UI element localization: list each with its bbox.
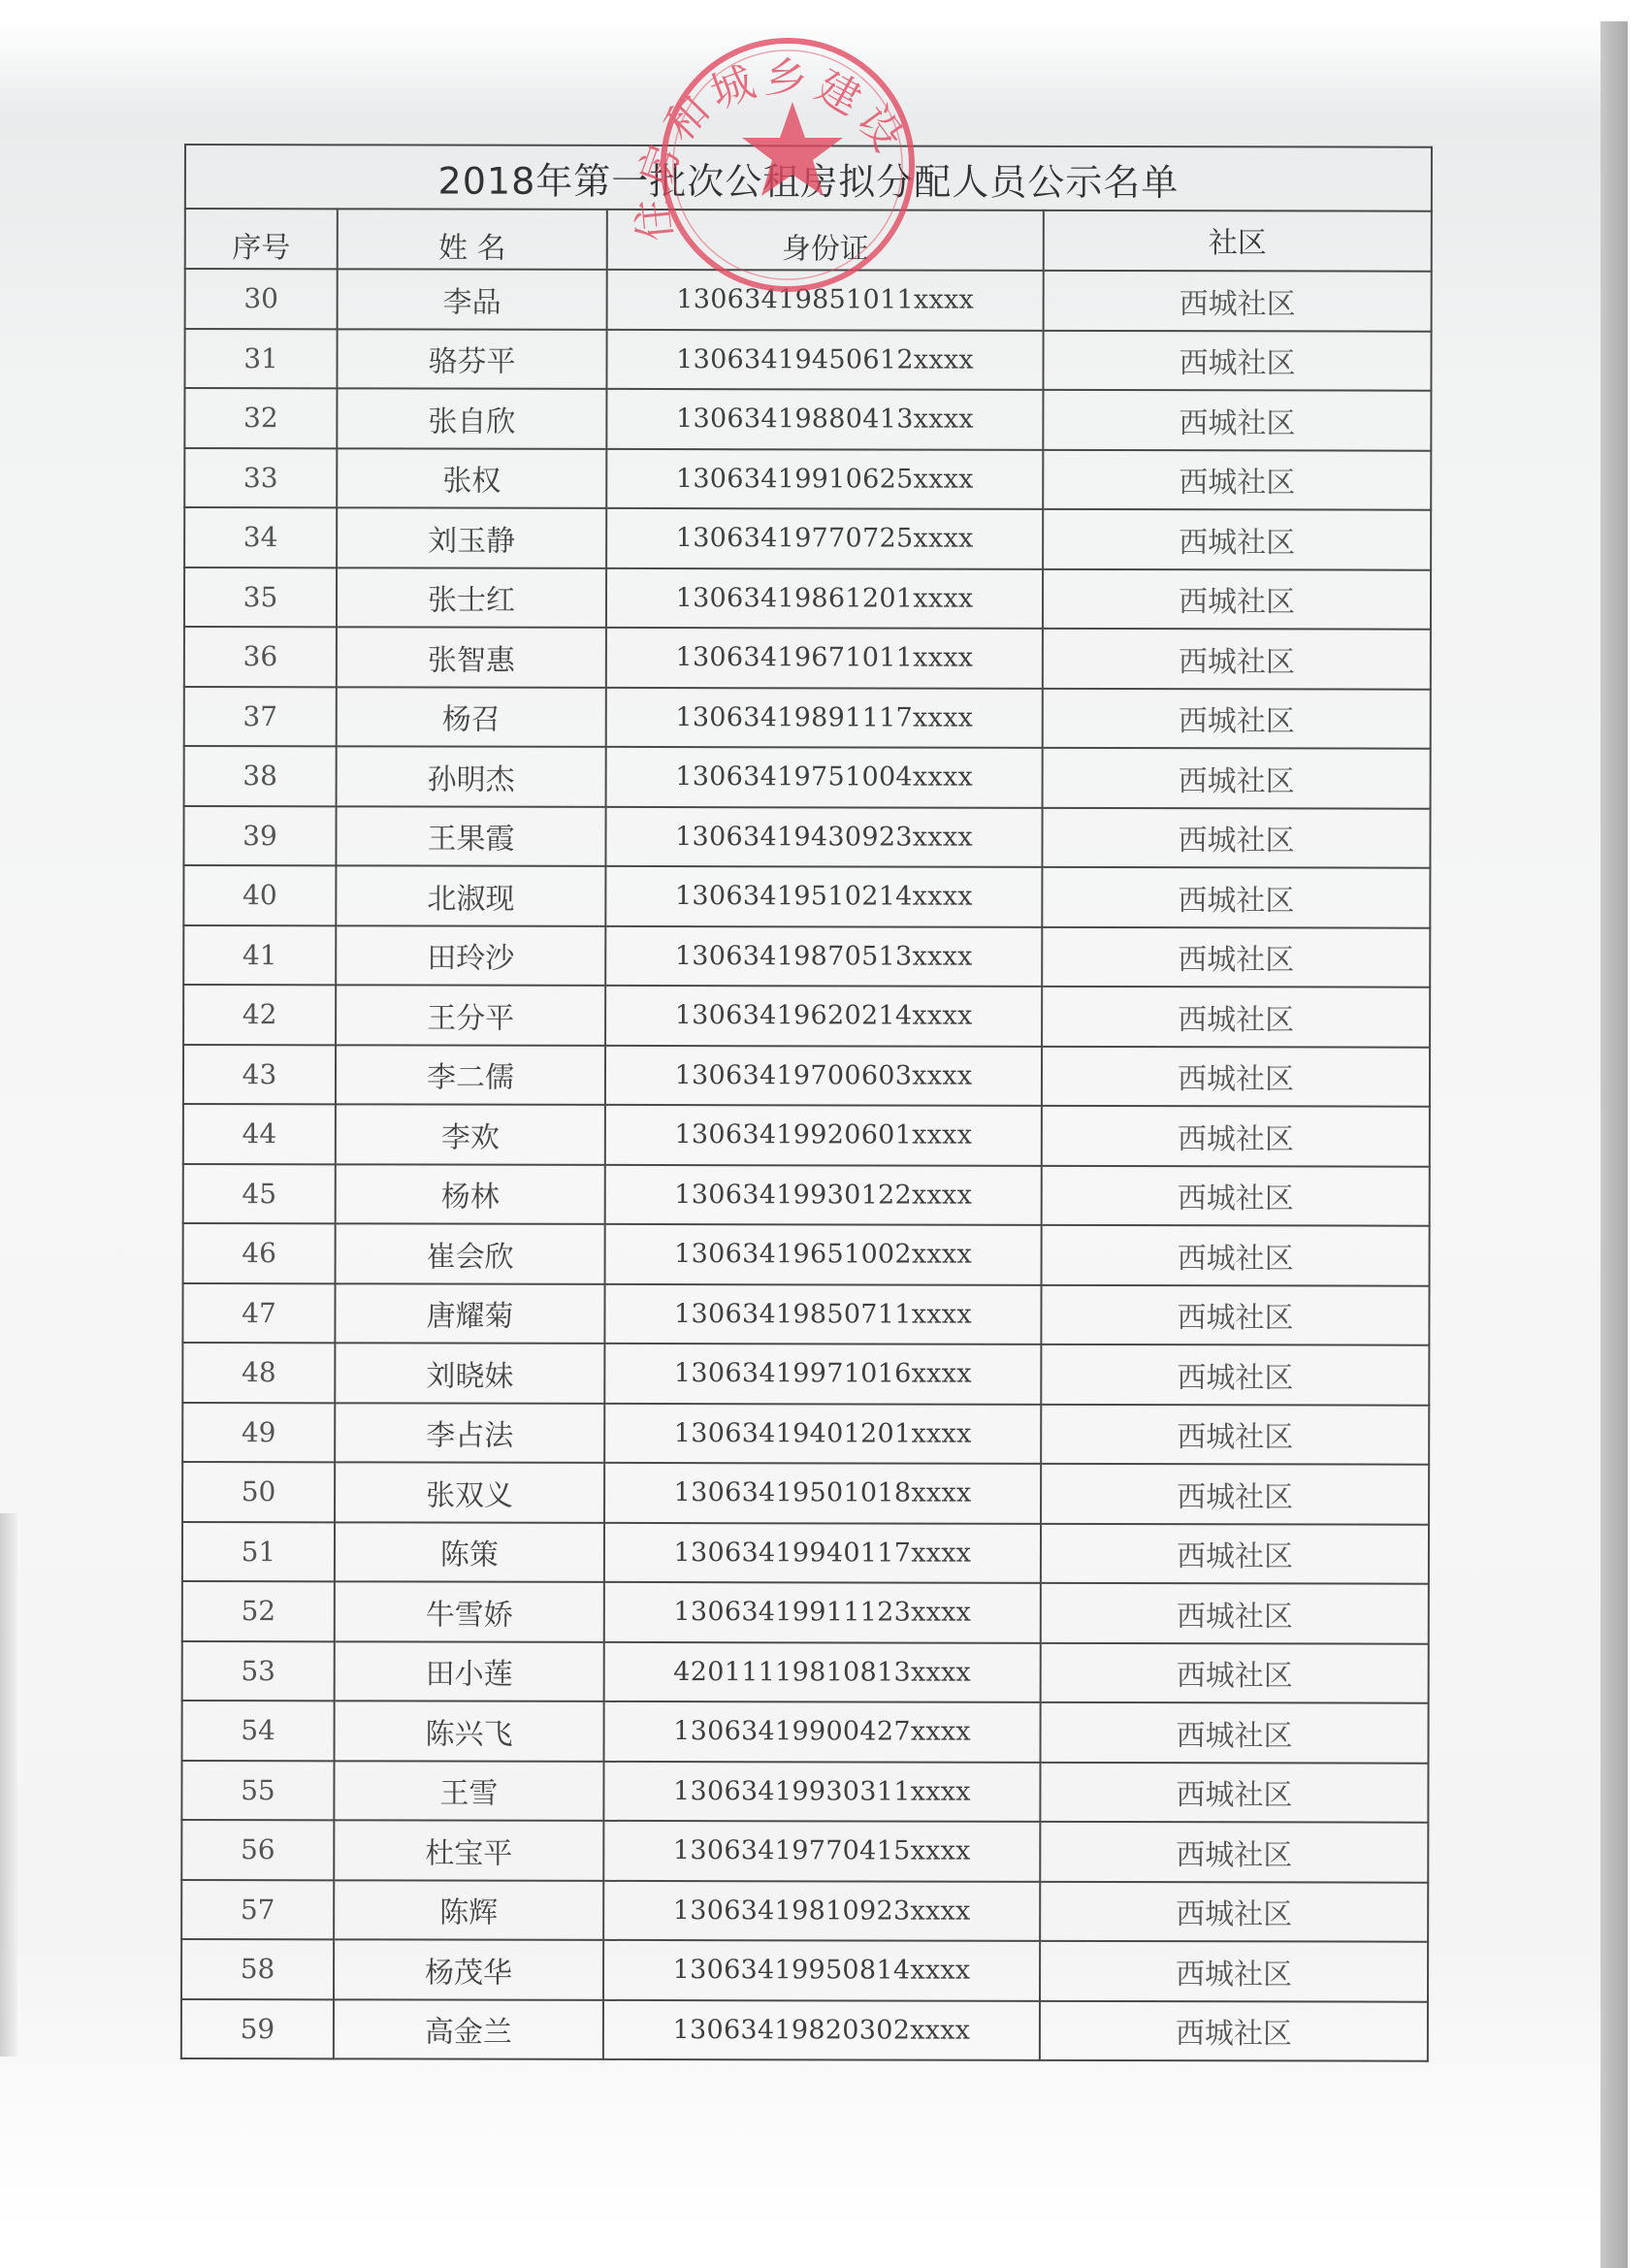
table-row: 52牛雪娇13063419911123xxxx西城社区: [182, 1581, 1429, 1643]
id-number: 13063419810923xxxx: [603, 1880, 1040, 1940]
table-row: 38孙明杰13063419751004xxxx西城社区: [184, 746, 1431, 808]
row-number: 37: [184, 687, 337, 747]
column-header-name: 姓 名: [338, 209, 607, 270]
id-number: 13063419651002xxxx: [605, 1224, 1042, 1284]
table-row: 43李二儒13063419700603xxxx西城社区: [183, 1045, 1430, 1107]
table-row: 53田小莲42011119810813xxxx西城社区: [182, 1640, 1429, 1702]
column-header-id-number: 身份证: [607, 210, 1044, 271]
person-name: 李欢: [336, 1104, 605, 1164]
row-number: 30: [185, 269, 338, 329]
table-row: 42王分平13063419620214xxxx西城社区: [183, 985, 1430, 1047]
community-name: 西城社区: [1043, 688, 1431, 748]
table-row: 40北淑现13063419510214xxxx西城社区: [183, 865, 1430, 927]
person-name: 崔会欣: [336, 1223, 605, 1283]
id-number: 13063419401201xxxx: [604, 1403, 1041, 1463]
person-name: 杨林: [336, 1164, 605, 1224]
row-number: 41: [183, 925, 336, 986]
person-name: 刘玉静: [337, 507, 606, 567]
community-name: 西城社区: [1040, 1941, 1428, 2001]
person-name: 孙明杰: [337, 746, 606, 806]
person-name: 骆芬平: [337, 329, 606, 389]
row-number: 49: [182, 1402, 335, 1462]
community-name: 西城社区: [1041, 1345, 1429, 1405]
id-number: 13063419971016xxxx: [604, 1344, 1041, 1404]
id-number: 13063419891117xxxx: [606, 687, 1043, 747]
row-number: 45: [183, 1163, 336, 1223]
row-number: 40: [183, 865, 336, 925]
person-name: 王分平: [336, 985, 605, 1045]
person-name: 王果霞: [336, 806, 605, 866]
scan-edge-shadow: [1600, 21, 1628, 2268]
table-row: 31骆芬平13063419450612xxxx西城社区: [184, 329, 1431, 391]
column-header-number: 序号: [185, 209, 338, 269]
person-name: 高金兰: [334, 1999, 603, 2059]
row-number: 46: [183, 1223, 336, 1283]
id-number: 13063419911123xxxx: [604, 1582, 1041, 1642]
community-name: 西城社区: [1043, 330, 1431, 390]
row-number: 59: [181, 1998, 334, 2058]
row-number: 58: [181, 1939, 334, 1999]
table-row: 32张自欣13063419880413xxxx西城社区: [184, 388, 1431, 450]
table-row: 41田玲沙13063419870513xxxx西城社区: [183, 925, 1430, 988]
roster-table: 2018年第一批次公租房拟分配人员公示名单 序号 姓 名 身份证 社区 30李品…: [180, 144, 1433, 2062]
table-row: 44李欢13063419920601xxxx西城社区: [183, 1104, 1430, 1166]
row-number: 56: [181, 1820, 334, 1880]
table-row: 37杨召13063419891117xxxx西城社区: [184, 687, 1431, 749]
id-number: 13063419880413xxxx: [606, 389, 1043, 449]
row-number: 35: [184, 567, 337, 628]
row-number: 31: [184, 329, 337, 389]
community-name: 西城社区: [1043, 629, 1431, 689]
id-number: 13063419861201xxxx: [606, 567, 1043, 628]
id-number: 13063419920601xxxx: [605, 1105, 1042, 1165]
row-number: 34: [184, 507, 337, 567]
id-number: 13063419900427xxxx: [604, 1701, 1041, 1762]
community-name: 西城社区: [1041, 1642, 1429, 1702]
person-name: 李占法: [335, 1403, 604, 1463]
row-number: 48: [182, 1343, 335, 1403]
row-number: 52: [182, 1581, 335, 1641]
table-row: 50张双义13063419501018xxxx西城社区: [182, 1462, 1429, 1524]
community-name: 西城社区: [1041, 1284, 1429, 1345]
table-row: 33张权13063419910625xxxx西城社区: [184, 448, 1431, 510]
person-name: 北淑现: [336, 865, 605, 925]
row-number: 47: [182, 1282, 335, 1343]
table-row: 57陈辉13063419810923xxxx西城社区: [181, 1879, 1428, 1941]
table-row: 58杨茂华13063419950814xxxx西城社区: [181, 1939, 1428, 2001]
person-name: 陈兴飞: [335, 1701, 604, 1761]
community-name: 西城社区: [1043, 390, 1431, 450]
table-row: 47唐耀菊13063419850711xxxx西城社区: [182, 1282, 1429, 1345]
row-number: 53: [182, 1640, 335, 1701]
id-number: 13063419770725xxxx: [606, 508, 1043, 568]
community-name: 西城社区: [1041, 1464, 1429, 1524]
person-name: 杜宝平: [334, 1820, 603, 1880]
person-name: 李品: [338, 269, 607, 329]
community-name: 西城社区: [1041, 1702, 1429, 1763]
table-row: 36张智惠13063419671011xxxx西城社区: [184, 627, 1431, 689]
row-number: 39: [183, 806, 336, 866]
table-row: 45杨林13063419930122xxxx西城社区: [183, 1163, 1430, 1225]
id-number: 13063419850711xxxx: [604, 1283, 1041, 1344]
row-number: 43: [183, 1045, 336, 1105]
person-name: 张权: [337, 448, 606, 508]
document-title: 2018年第一批次公租房拟分配人员公示名单: [185, 145, 1432, 211]
community-name: 西城社区: [1042, 987, 1430, 1047]
table-row: 54陈兴飞13063419900427xxxx西城社区: [182, 1701, 1429, 1763]
id-number: 13063419940117xxxx: [604, 1522, 1041, 1582]
community-name: 西城社区: [1043, 449, 1431, 509]
person-name: 陈策: [335, 1522, 604, 1582]
column-header-community: 社区: [1044, 211, 1432, 272]
community-name: 西城社区: [1044, 271, 1432, 331]
row-number: 32: [184, 388, 337, 448]
scan-edge-shadow-left: [0, 1513, 17, 2057]
community-name: 西城社区: [1040, 1822, 1428, 1882]
community-name: 西城社区: [1042, 1225, 1430, 1285]
id-number: 13063419450612xxxx: [606, 329, 1043, 389]
table-row: 59高金兰13063419820302xxxx西城社区: [181, 1998, 1428, 2060]
id-number: 13063419910625xxxx: [606, 448, 1043, 508]
roster-sheet: 2018年第一批次公租房拟分配人员公示名单 序号 姓 名 身份证 社区 30李品…: [180, 144, 1431, 2062]
table-row: 34刘玉静13063419770725xxxx西城社区: [184, 507, 1431, 569]
id-number: 13063419770415xxxx: [603, 1821, 1040, 1881]
table-row: 48刘晓妹13063419971016xxxx西城社区: [182, 1343, 1429, 1405]
community-name: 西城社区: [1041, 1523, 1429, 1583]
id-number: 13063419620214xxxx: [605, 986, 1042, 1046]
row-number: 50: [182, 1462, 335, 1522]
table-row: 39王果霞13063419430923xxxx西城社区: [183, 806, 1430, 868]
id-number: 13063419930311xxxx: [603, 1761, 1040, 1821]
row-number: 54: [182, 1701, 335, 1761]
community-name: 西城社区: [1040, 2000, 1428, 2060]
person-name: 张双义: [335, 1462, 604, 1522]
table-row: 30李品13063419851011xxxx西城社区: [185, 269, 1432, 331]
row-number: 51: [182, 1521, 335, 1581]
id-number: 13063419820302xxxx: [603, 1999, 1040, 2059]
person-name: 陈辉: [334, 1880, 603, 1940]
id-number: 42011119810813xxxx: [604, 1641, 1041, 1701]
person-name: 牛雪娇: [335, 1581, 604, 1641]
person-name: 刘晓妹: [335, 1343, 604, 1403]
community-name: 西城社区: [1043, 748, 1431, 808]
row-number: 57: [181, 1879, 334, 1939]
table-row: 56杜宝平13063419770415xxxx西城社区: [181, 1820, 1428, 1882]
id-number: 13063419501018xxxx: [604, 1463, 1041, 1523]
community-name: 西城社区: [1042, 1046, 1430, 1106]
person-name: 张士红: [337, 567, 606, 628]
person-name: 唐耀菊: [335, 1283, 604, 1344]
id-number: 13063419700603xxxx: [605, 1045, 1042, 1105]
community-name: 西城社区: [1041, 1583, 1429, 1643]
person-name: 王雪: [334, 1761, 603, 1821]
row-number: 36: [184, 627, 337, 687]
community-name: 西城社区: [1041, 1404, 1429, 1464]
community-name: 西城社区: [1042, 807, 1430, 867]
person-name: 杨茂华: [334, 1939, 603, 1999]
community-name: 西城社区: [1040, 1881, 1428, 1941]
id-number: 13063419430923xxxx: [605, 806, 1042, 866]
community-name: 西城社区: [1042, 926, 1430, 987]
table-row: 49李占法13063419401201xxxx西城社区: [182, 1402, 1429, 1464]
table-row: 55王雪13063419930311xxxx西城社区: [181, 1760, 1428, 1822]
row-number: 38: [184, 746, 337, 806]
id-number: 13063419930122xxxx: [605, 1164, 1042, 1224]
row-number: 42: [183, 985, 336, 1045]
person-name: 田玲沙: [336, 925, 605, 986]
table-header-row: 序号 姓 名 身份证 社区: [185, 209, 1432, 272]
id-number: 13063419851011xxxx: [607, 270, 1044, 330]
community-name: 西城社区: [1043, 568, 1431, 629]
person-name: 张智惠: [337, 627, 606, 687]
id-number: 13063419510214xxxx: [605, 866, 1042, 926]
row-number: 44: [183, 1104, 336, 1164]
table-row: 46崔会欣13063419651002xxxx西城社区: [183, 1223, 1430, 1285]
community-name: 西城社区: [1042, 1106, 1430, 1166]
person-name: 田小莲: [335, 1641, 604, 1701]
table-row: 51陈策13063419940117xxxx西城社区: [182, 1521, 1429, 1583]
id-number: 13063419870513xxxx: [605, 925, 1042, 986]
id-number: 13063419671011xxxx: [606, 628, 1043, 688]
id-number: 13063419751004xxxx: [606, 747, 1043, 807]
id-number: 13063419950814xxxx: [603, 1940, 1040, 2000]
person-name: 张自欣: [337, 388, 606, 448]
row-number: 55: [181, 1760, 334, 1820]
person-name: 杨召: [337, 687, 606, 747]
row-number: 33: [184, 448, 337, 508]
community-name: 西城社区: [1042, 1165, 1430, 1225]
community-name: 西城社区: [1042, 867, 1430, 927]
table-row: 35张士红13063419861201xxxx西城社区: [184, 567, 1431, 630]
community-name: 西城社区: [1043, 509, 1431, 569]
person-name: 李二儒: [336, 1045, 605, 1105]
community-name: 西城社区: [1040, 1762, 1428, 1822]
